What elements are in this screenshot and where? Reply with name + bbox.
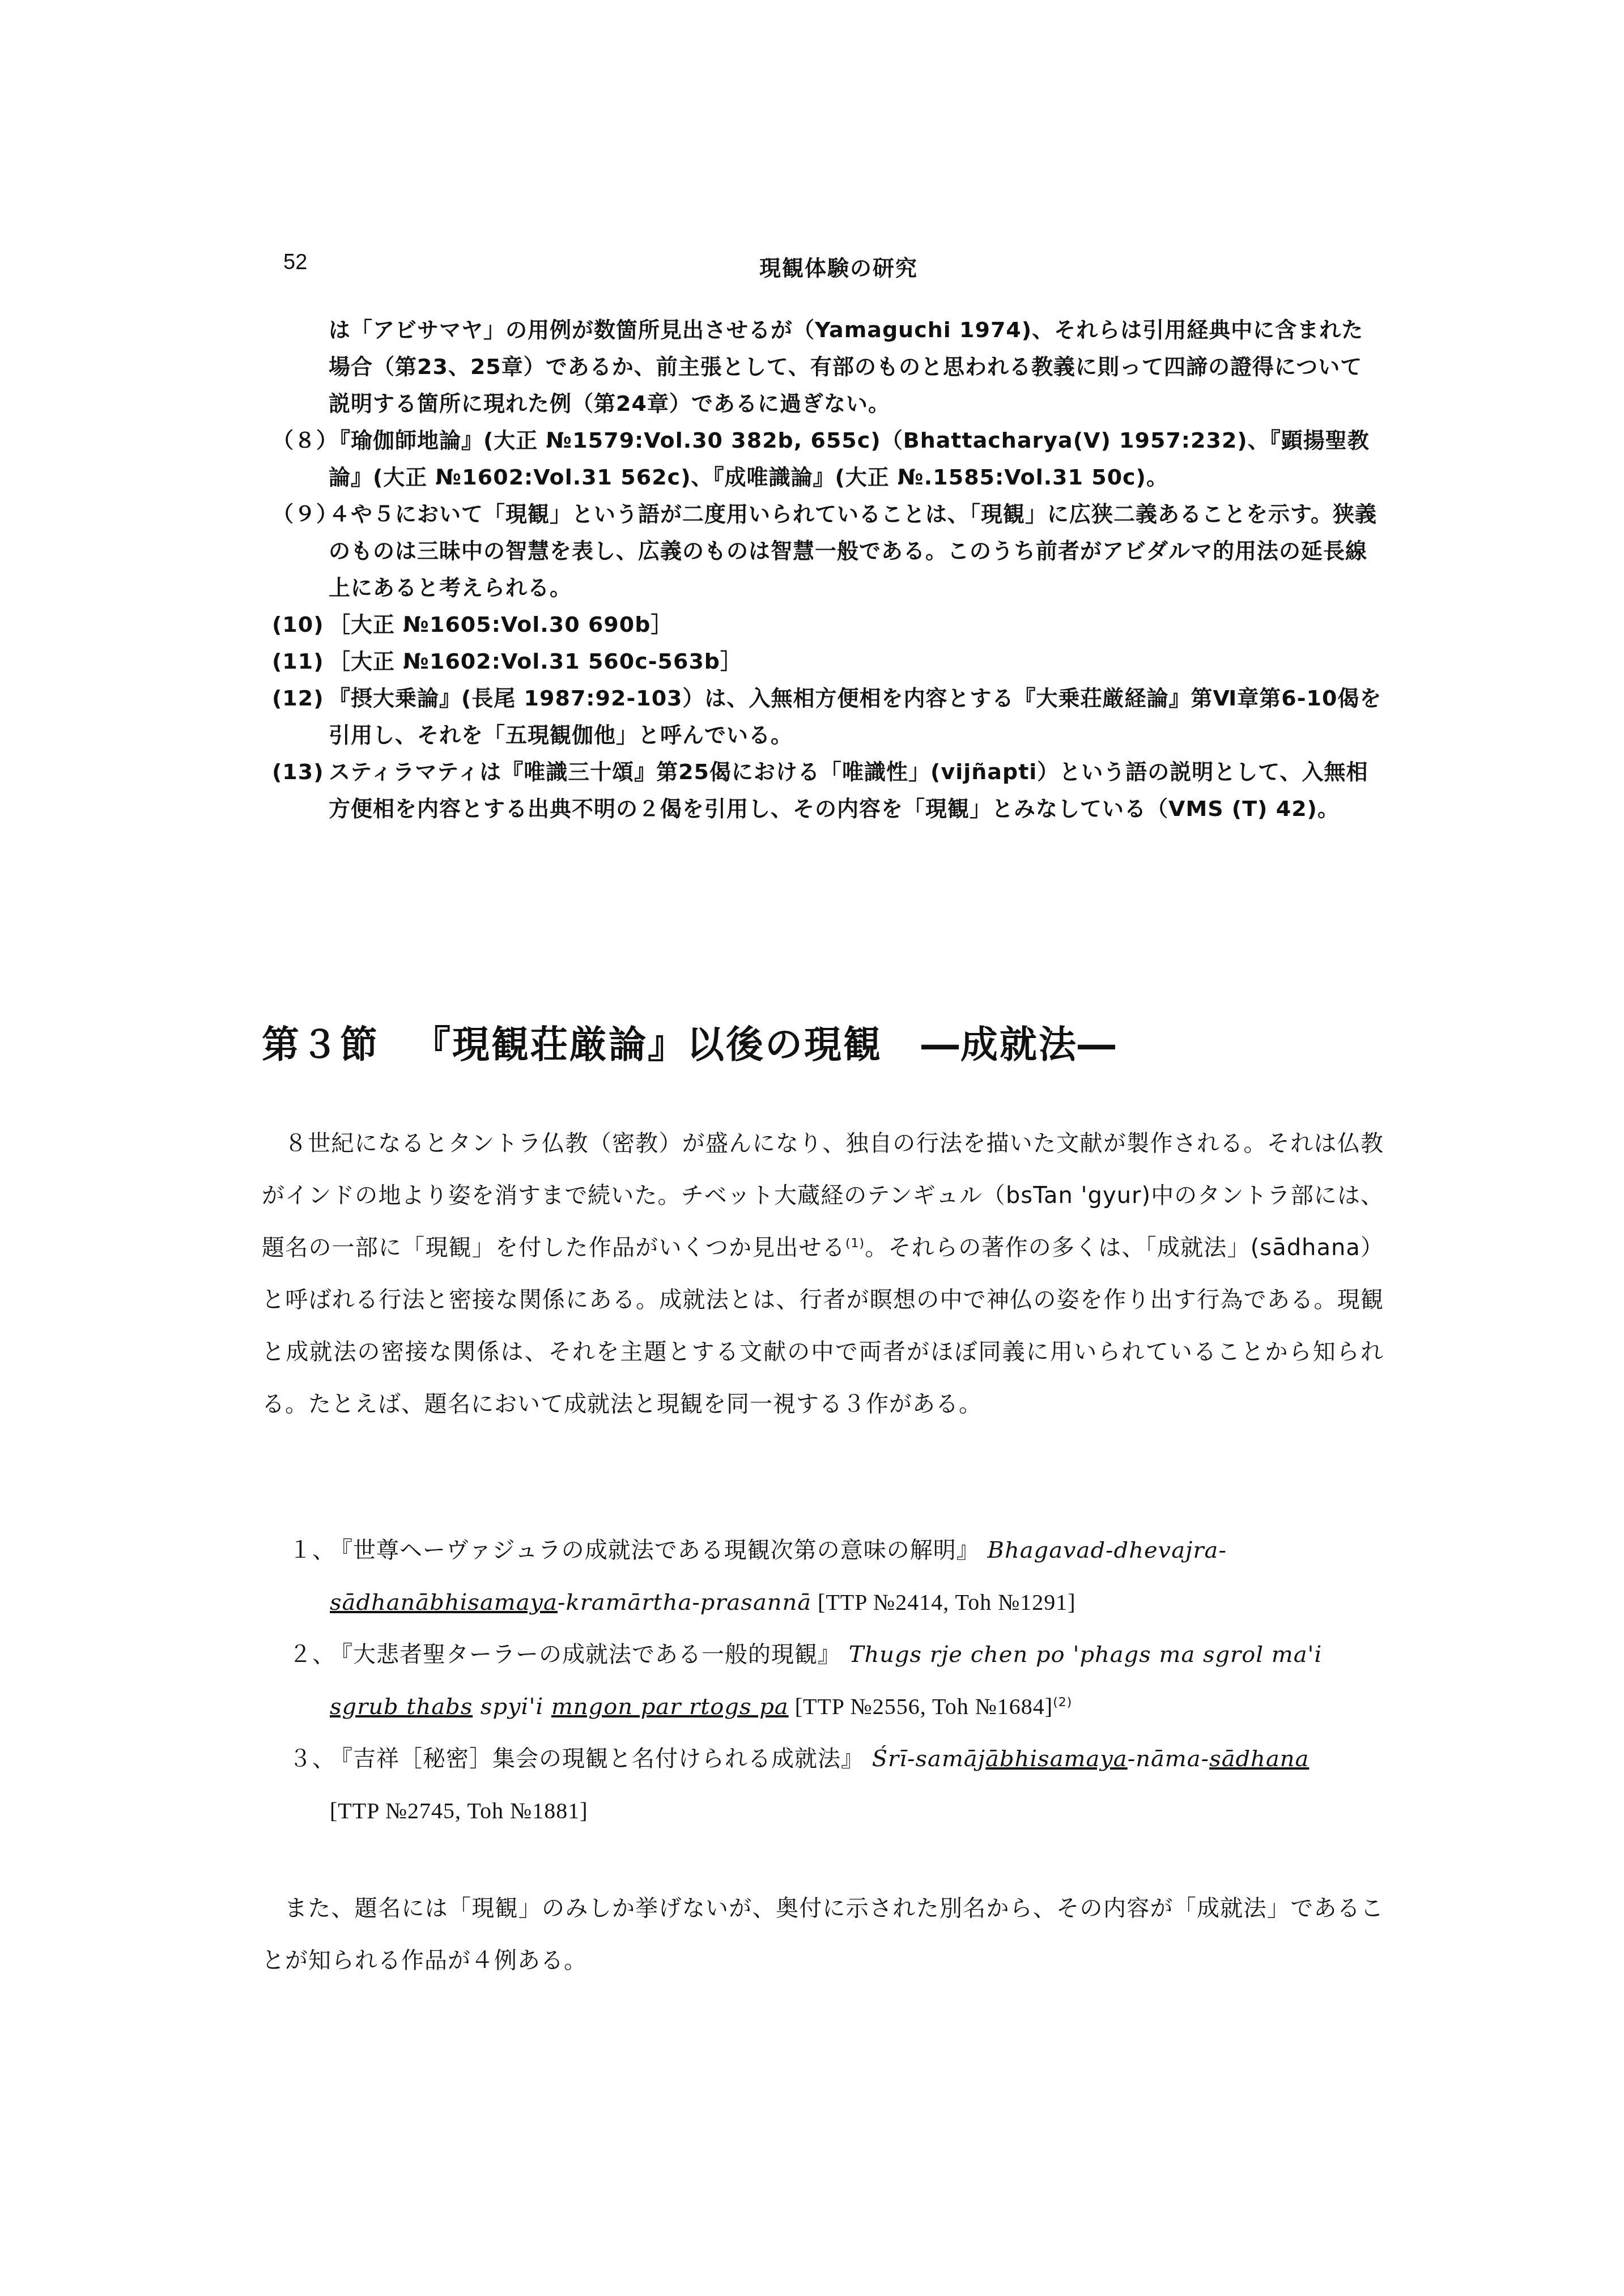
note-text: ［大正 №1602:Vol.31 560c-563b］ [329,649,742,674]
work-title-ja: 『世尊ヘーヴァジュラの成就法である現観次第の意味の解明』 [330,1537,980,1563]
title-part-underlined: sgrub thabs [330,1694,473,1720]
note-12: (12) 『摂大乗論』(長尾 1987:92-103）は、入無相方便相を内容とす… [272,680,1383,754]
note-text: 『摂大乗論』(長尾 1987:92-103）は、入無相方便相を内容とする『大乗荘… [329,686,1381,747]
note-number: (13) [272,754,324,790]
work-title-skt: Śrī-samājābhisamaya-nāma-sādhana [872,1746,1310,1772]
paragraph-1: ８世紀になるとタントラ仏教（密教）が盛んになり、独自の行法を描いた文献が製作され… [262,1117,1384,1430]
note-8: （８） 『瑜伽師地論』(大正 №1579:Vol.30 382b, 655c)（… [272,422,1383,496]
work-number: ２、 [289,1629,335,1681]
title-part-underlined: sādhana [1209,1746,1309,1772]
note-number: （９） [272,496,338,533]
running-title: 現観体験の研究 [283,250,1394,282]
note-text: ４や５において「現観」という語が二度用いられていることは、「現観」に広狭二義ある… [329,501,1377,600]
document-page: 52 現観体験の研究 は「アビサマヤ」の用例が数箇所見出させるが（Yamaguc… [0,0,1624,2296]
note-number: (10) [272,606,324,643]
title-part: -nāma- [1128,1746,1209,1772]
work-item-3: ３、 『吉祥［秘密］集会の現観と名付けられる成就法』 Śrī-samājābhi… [289,1733,1383,1837]
work-title-ja: 『大悲者聖ターラーの成就法である一般的現観』 [330,1642,841,1668]
note-11: (11) ［大正 №1602:Vol.31 560c-563b］ [272,643,1383,680]
running-header: 52 現観体験の研究 [283,250,1394,290]
work-item-1: １、 『世尊ヘーヴァジュラの成就法である現観次第の意味の解明』 Bhagavad… [289,1524,1383,1629]
catalog-ref: [TTP №2556, Toh №1684] [789,1694,1053,1719]
section-number: 第３節 [262,1023,379,1066]
title-part: Śrī-samāj [872,1746,985,1772]
paragraph-2: また、題名には「現観」のみしか挙げないが、奥付に示された別名から、その内容が「成… [262,1882,1384,1987]
catalog-ref: [TTP №2745, Toh №1881] [330,1798,588,1823]
work-list: １、 『世尊ヘーヴァジュラの成就法である現観次第の意味の解明』 Bhagavad… [289,1524,1383,1837]
title-part-underlined: sādhanābhisamaya [330,1589,558,1615]
catalog-ref: [TTP №2414, Toh №1291] [811,1589,1076,1615]
work-number: ３、 [289,1733,335,1785]
closing-paragraph-block: また、題名には「現観」のみしか挙げないが、奥付に示された別名から、その内容が「成… [262,1882,1384,1987]
note-text: スティラマティは『唯識三十頌』第25偈における「唯識性」(vijñapti）とい… [329,759,1368,821]
work-number: １、 [289,1524,335,1576]
title-part-underlined: mngon par rtogs pa [551,1694,789,1720]
endnotes: は「アビサマヤ」の用例が数箇所見出させるが（Yamaguchi 1974)、それ… [272,312,1383,827]
section-heading: 第３節『現観荘厳論』以後の現観 ―成就法― [262,1014,1117,1068]
title-part: Thugs rje chen po 'phags ma sgrol ma'i [849,1642,1323,1668]
note-text: 『瑜伽師地論』(大正 №1579:Vol.30 382b, 655c)（Bhat… [329,428,1370,490]
title-part: Bhagavad-dhevajra- [988,1537,1227,1563]
note-text: ［大正 №1605:Vol.30 690b］ [329,612,673,637]
footnote-ref-1[interactable]: (1) [845,1236,865,1251]
note-13: (13) スティラマティは『唯識三十頌』第25偈における「唯識性」(vijñap… [272,754,1383,827]
title-part: -kramārtha-prasannā [558,1589,811,1615]
work-item-2: ２、 『大悲者聖ターラーの成就法である一般的現観』 Thugs rje chen… [289,1629,1383,1733]
title-part-underlined: ābhisamaya [985,1746,1128,1772]
footnote-ref-2[interactable]: (2) [1053,1695,1072,1710]
work-title-ja: 『吉祥［秘密］集会の現観と名付けられる成就法』 [330,1746,864,1772]
note-continuation: は「アビサマヤ」の用例が数箇所見出させるが（Yamaguchi 1974)、それ… [272,312,1383,422]
section-title: 『現観荘厳論』以後の現観 ―成就法― [413,1023,1117,1066]
note-number: (11) [272,643,324,680]
paragraph-text: 。それらの著作の多くは、「成就法」(sādhana）と呼ばれる行法と密接な関係に… [262,1235,1384,1417]
note-number: (12) [272,680,324,717]
body-text: ８世紀になるとタントラ仏教（密教）が盛んになり、独自の行法を描いた文献が製作され… [262,1117,1384,1430]
note-9: （９） ４や５において「現観」という語が二度用いられていることは、「現観」に広狭… [272,496,1383,606]
note-10: (10) ［大正 №1605:Vol.30 690b］ [272,606,1383,643]
note-number: （８） [272,422,338,459]
title-part: spyi'i [473,1694,551,1720]
